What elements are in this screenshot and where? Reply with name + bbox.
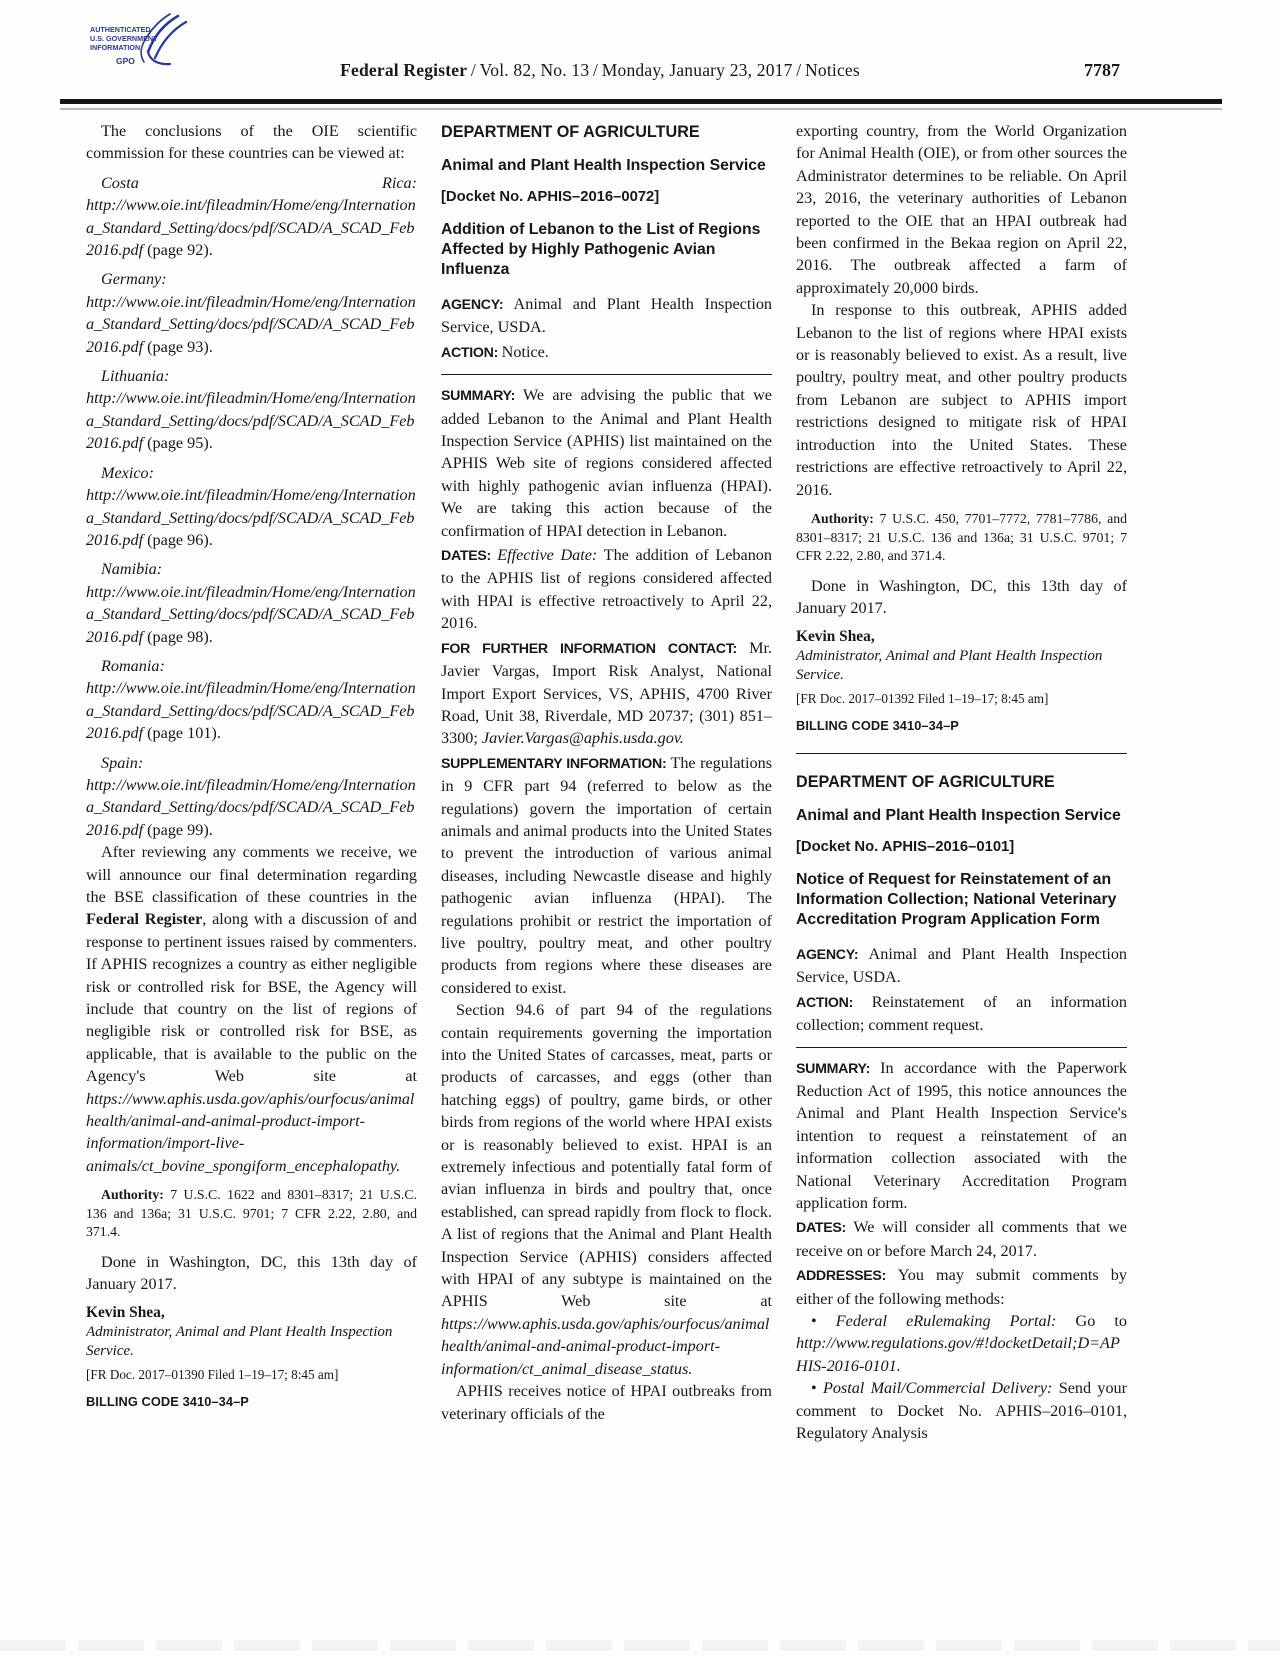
text-segment: Spain: http://www.oie.int/fileadmin/Home… (86, 754, 416, 839)
text-segment: DEPARTMENT OF AGRICULTURE (441, 123, 700, 141)
paragraph: Germany: http://www.oie.int/fileadmin/Ho… (86, 268, 417, 358)
text-segment: Go to (1056, 1312, 1127, 1330)
text-segment: (page 101). (143, 724, 221, 742)
masthead-title: Federal Register / Vol. 82, No. 13 / Mon… (210, 60, 990, 81)
text-segment: (page 93). (143, 338, 213, 356)
paragraph: Romania: http://www.oie.int/fileadmin/Ho… (86, 655, 417, 745)
text-segment: (page 99). (143, 821, 213, 839)
text-segment: https://www.aphis.usda.gov/aphis/ourfocu… (441, 1315, 769, 1378)
text-segment: After reviewing any comments we receive,… (86, 843, 417, 906)
text-segment: [Docket No. APHIS–2016–0072] (441, 189, 659, 205)
text-segment: Postal Mail/Commercial Delivery: (823, 1379, 1053, 1397)
signature-name: Kevin Shea, (86, 1303, 417, 1323)
text-segment: SUMMARY: (796, 1061, 880, 1077)
paragraph: • Postal Mail/Commercial Delivery: Send … (796, 1377, 1127, 1444)
paragraph: SUMMARY: In accordance with the Paperwor… (796, 1057, 1127, 1215)
text-segment: We are advising the public that we added… (441, 386, 772, 539)
paragraph: Section 94.6 of part 94 of the regulatio… (441, 999, 772, 1380)
text-segment: http://www.regulations.gov/#!docketDetai… (796, 1334, 1120, 1374)
text-segment: Animal and Plant Health Inspection Servi… (441, 157, 766, 174)
heading-department: DEPARTMENT OF AGRICULTURE (796, 772, 1127, 792)
column-1: The conclusions of the OIE scientific co… (86, 120, 417, 1648)
paragraph: DATES: We will consider all comments tha… (796, 1216, 1127, 1262)
column-2: DEPARTMENT OF AGRICULTUREAnimal and Plan… (441, 120, 772, 1648)
text-segment: Namibia: http://www.oie.int/fileadmin/Ho… (86, 560, 416, 645)
masthead-rule-thin (60, 108, 1222, 110)
text-segment: In response to this outbreak, APHIS adde… (796, 301, 1127, 498)
masthead-issue-info: / Vol. 82, No. 13 / Monday, January 23, … (467, 60, 860, 80)
text-segment: DATES: (441, 548, 497, 564)
heading-department: DEPARTMENT OF AGRICULTURE (441, 122, 772, 142)
text-segment: • (811, 1379, 823, 1397)
paragraph: ACTION: Reinstatement of an information … (796, 991, 1127, 1037)
text-segment: In accordance with the Paperwork Reducti… (796, 1059, 1127, 1212)
text-segment: (page 96). (143, 531, 213, 549)
masthead-rule-thick (60, 99, 1222, 104)
text-segment: The conclusions of the OIE scientific co… (86, 122, 417, 162)
text-segment: Javier.Vargas@aphis.usda.gov. (482, 729, 684, 747)
text-segment: BILLING CODE 3410–34–P (796, 718, 959, 733)
paragraph: Spain: http://www.oie.int/fileadmin/Home… (86, 752, 417, 842)
authority-citation: Authority: 7 U.S.C. 1622 and 8301–8317; … (86, 1186, 417, 1242)
text-segment: SUMMARY: (441, 388, 523, 404)
masthead-brand: Federal Register (340, 60, 467, 80)
text-segment: Animal and Plant Health Inspection Servi… (796, 807, 1121, 824)
text-segment: [FR Doc. 2017–01392 Filed 1–19–17; 8:45 … (796, 691, 1048, 706)
text-segment: [FR Doc. 2017–01390 Filed 1–19–17; 8:45 … (86, 1367, 338, 1382)
paragraph: Costa Rica: http://www.oie.int/fileadmin… (86, 172, 417, 262)
text-segment: Administrator, Animal and Plant Health I… (796, 648, 1102, 683)
paragraph: AGENCY: Animal and Plant Health Inspecti… (441, 293, 772, 339)
docket-number: [Docket No. APHIS–2016–0101] (796, 838, 1127, 857)
text-segment: [Docket No. APHIS–2016–0101] (796, 839, 1014, 855)
text-segment: exporting country, from the World Organi… (796, 122, 1127, 297)
paragraph: SUPPLEMENTARY INFORMATION: The regulatio… (441, 752, 772, 999)
fr-doc-line: [FR Doc. 2017–01392 Filed 1–19–17; 8:45 … (796, 690, 1127, 707)
paragraph: Done in Washington, DC, this 13th day of… (86, 1251, 417, 1296)
paragraph: ADDRESSES: You may submit comments by ei… (796, 1264, 1127, 1310)
text-segment: Done in Washington, DC, this 13th day of… (796, 577, 1127, 617)
paragraph: Namibia: http://www.oie.int/fileadmin/Ho… (86, 558, 417, 648)
notice-title: Notice of Request for Reinstatement of a… (796, 870, 1127, 930)
text-segment: The regulations in 9 CFR part 94 (referr… (441, 754, 772, 997)
text-segment: Section 94.6 of part 94 of the regulatio… (441, 1001, 772, 1310)
fr-doc-line: [FR Doc. 2017–01390 Filed 1–19–17; 8:45 … (86, 1366, 417, 1383)
heading-agency: Animal and Plant Health Inspection Servi… (796, 806, 1127, 826)
column-3: exporting country, from the World Organi… (796, 120, 1127, 1648)
paragraph: FOR FURTHER INFORMATION CONTACT: Mr. Jav… (441, 637, 772, 750)
text-segment: Lithuania: http://www.oie.int/fileadmin/… (86, 367, 416, 452)
text-segment: Kevin Shea, (86, 1304, 165, 1321)
paragraph: SUMMARY: We are advising the public that… (441, 384, 772, 542)
text-segment: Administrator, Animal and Plant Health I… (86, 1324, 392, 1359)
signature-name: Kevin Shea, (796, 627, 1127, 647)
text-segment: (page 98). (143, 628, 213, 646)
text-segment: (page 95). (143, 434, 213, 452)
text-segment: Notice of Request for Reinstatement of a… (796, 871, 1116, 928)
text-segment: Federal eRulemaking Portal: (836, 1312, 1057, 1330)
billing-code: BILLING CODE 3410–34–P (796, 715, 1127, 737)
billing-code: BILLING CODE 3410–34–P (86, 1391, 417, 1413)
signature-role: Administrator, Animal and Plant Health I… (796, 647, 1127, 685)
text-segment: https://www.aphis.usda.gov/aphis/ourfocu… (86, 1090, 414, 1175)
page-root: AUTHENTICATED U.S. GOVERNMENT INFORMATIO… (0, 0, 1280, 1656)
text-segment: FOR FURTHER INFORMATION CONTACT: (441, 641, 749, 657)
paragraph: AGENCY: Animal and Plant Health Inspecti… (796, 943, 1127, 989)
page-number: 7787 (1084, 60, 1120, 81)
text-segment: ACTION: (441, 345, 502, 361)
text-segment: BILLING CODE 3410–34–P (86, 1394, 249, 1409)
paragraph: exporting country, from the World Organi… (796, 120, 1127, 299)
text-segment: Addition of Lebanon to the List of Regio… (441, 221, 760, 278)
text-segment: ACTION: (796, 995, 872, 1011)
text-segment: Costa Rica: http://www.oie.int/fileadmin… (86, 174, 417, 259)
section-divider (796, 1047, 1127, 1048)
text-segment: Romania: http://www.oie.int/fileadmin/Ho… (86, 657, 416, 742)
text-segment: AGENCY: (441, 297, 514, 313)
text-segment: DEPARTMENT OF AGRICULTURE (796, 773, 1055, 791)
text-segment: Notice. (502, 343, 549, 361)
text-segment: Germany: http://www.oie.int/fileadmin/Ho… (86, 270, 416, 355)
paragraph: APHIS receives notice of HPAI outbreaks … (441, 1380, 772, 1425)
text-segment: DATES: (796, 1220, 853, 1236)
paragraph: DATES: Effective Date: The addition of L… (441, 544, 772, 635)
text-segment: Kevin Shea, (796, 628, 875, 645)
logo-line-2: U.S. GOVERNMENT (90, 34, 158, 43)
paragraph: Done in Washington, DC, this 13th day of… (796, 575, 1127, 620)
logo-line-3: INFORMATION (90, 43, 140, 52)
scan-artifact-strip (0, 1640, 1280, 1651)
article-columns: The conclusions of the OIE scientific co… (86, 120, 1128, 1648)
paragraph: • Federal eRulemaking Portal: Go to http… (796, 1310, 1127, 1377)
paragraph: ACTION: Notice. (441, 341, 772, 364)
paragraph: In response to this outbreak, APHIS adde… (796, 299, 1127, 501)
text-segment: Federal Register (86, 910, 202, 928)
paragraph: After reviewing any comments we receive,… (86, 841, 417, 1177)
text-segment: APHIS receives notice of HPAI outbreaks … (441, 1382, 772, 1422)
text-segment: • (811, 1312, 836, 1330)
text-segment: Authority: (811, 511, 874, 526)
text-segment: , along with a discussion of and respons… (86, 910, 417, 1085)
text-segment: Done in Washington, DC, this 13th day of… (86, 1253, 417, 1293)
paragraph: Lithuania: http://www.oie.int/fileadmin/… (86, 365, 417, 455)
text-segment: Authority: (101, 1187, 164, 1202)
logo-line-1: AUTHENTICATED (90, 25, 151, 34)
docket-number: [Docket No. APHIS–2016–0072] (441, 188, 772, 207)
text-segment: SUPPLEMENTARY INFORMATION: (441, 756, 670, 772)
masthead: Federal Register / Vol. 82, No. 13 / Mon… (60, 60, 1220, 90)
text-segment: Effective Date: (497, 546, 597, 564)
paragraph: The conclusions of the OIE scientific co… (86, 120, 417, 165)
notice-title: Addition of Lebanon to the List of Regio… (441, 220, 772, 280)
text-segment: AGENCY: (796, 947, 869, 963)
authority-citation: Authority: 7 U.S.C. 450, 7701–7772, 7781… (796, 510, 1127, 566)
signature-role: Administrator, Animal and Plant Health I… (86, 1323, 417, 1361)
heading-agency: Animal and Plant Health Inspection Servi… (441, 156, 772, 176)
text-segment: Mexico: http://www.oie.int/fileadmin/Hom… (86, 464, 416, 549)
section-divider (441, 374, 772, 375)
section-divider (796, 753, 1127, 754)
paragraph: Mexico: http://www.oie.int/fileadmin/Hom… (86, 462, 417, 552)
text-segment: (page 92). (143, 241, 213, 259)
text-segment: ADDRESSES: (796, 1268, 898, 1284)
